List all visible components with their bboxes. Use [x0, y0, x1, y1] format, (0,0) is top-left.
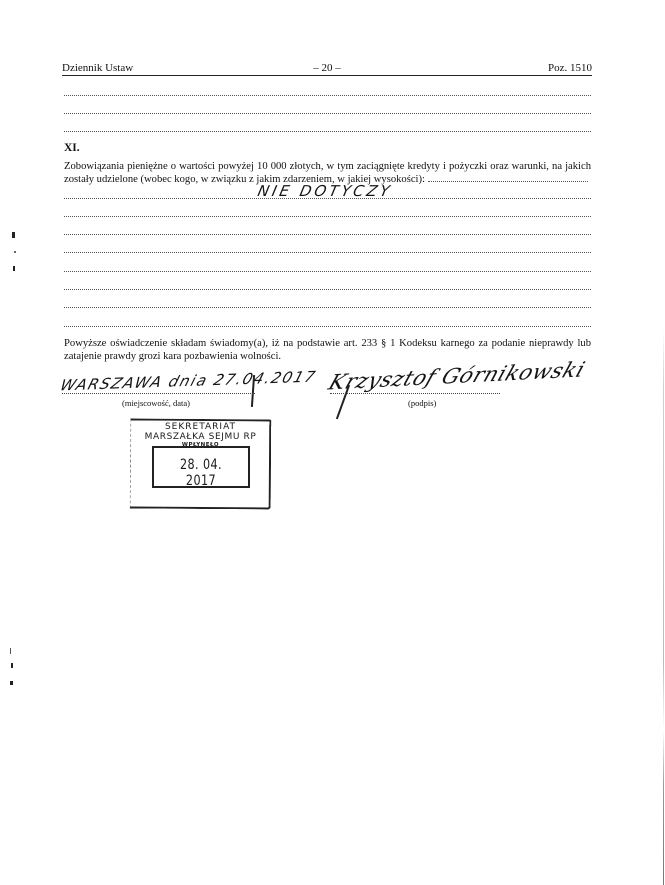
document-page: Dziennik Ustaw – 20 – Poz. 1510 XI. Zobo… — [0, 0, 665, 885]
answer-line — [64, 198, 591, 199]
signature-caption: (podpis) — [408, 398, 436, 408]
page-edge-shadow — [663, 330, 664, 885]
question-line-1: Zobowiązania pieniężne o wartości powyże… — [64, 160, 591, 173]
place-date-caption: (miejscowość, data) — [122, 398, 190, 408]
answer-line — [64, 326, 591, 327]
scan-mark — [14, 251, 16, 253]
position-number: Poz. 1510 — [548, 61, 592, 75]
answer-line — [64, 216, 591, 217]
place-date-line — [62, 393, 255, 394]
stamp-date: 28. 04. 2017 — [163, 457, 238, 489]
stamp-date-box: 28. 04. 2017 — [152, 446, 250, 488]
handwritten-place-date: WARSZAWA dnia 27.04.2017 — [58, 368, 319, 395]
answer-line — [64, 234, 591, 235]
declaration-line-1: Powyższe oświadczenie składam świadomy(a… — [64, 337, 591, 350]
declaration: Powyższe oświadczenie składam świadomy(a… — [64, 337, 591, 363]
stamp-line-1: SEKRETARIAT — [130, 422, 271, 432]
page-number: – 20 – — [62, 61, 592, 75]
dotted-fill-line — [64, 113, 591, 114]
page-header: Dziennik Ustaw – 20 – Poz. 1510 — [62, 61, 592, 76]
answer-line — [64, 307, 591, 308]
signature-line — [330, 393, 500, 394]
scan-mark — [12, 232, 15, 238]
scan-mark — [13, 266, 15, 271]
scan-mark — [11, 663, 13, 668]
answer-line — [64, 271, 591, 272]
scan-mark — [10, 648, 11, 654]
stamp-line-2: MARSZAŁKA SEJMU RP — [130, 432, 271, 442]
section-number: XI. — [64, 142, 80, 154]
answer-line — [64, 252, 591, 253]
dotted-fill-line — [64, 95, 591, 96]
handwritten-signature: Krzysztof Górnikowski — [325, 357, 588, 394]
dotted-fill-inline — [428, 179, 588, 182]
answer-line — [64, 289, 591, 290]
received-stamp: SEKRETARIAT MARSZAŁKA SEJMU RP WPŁYNĘŁO … — [130, 419, 271, 509]
scan-mark — [10, 681, 13, 685]
dotted-fill-line — [64, 131, 591, 132]
